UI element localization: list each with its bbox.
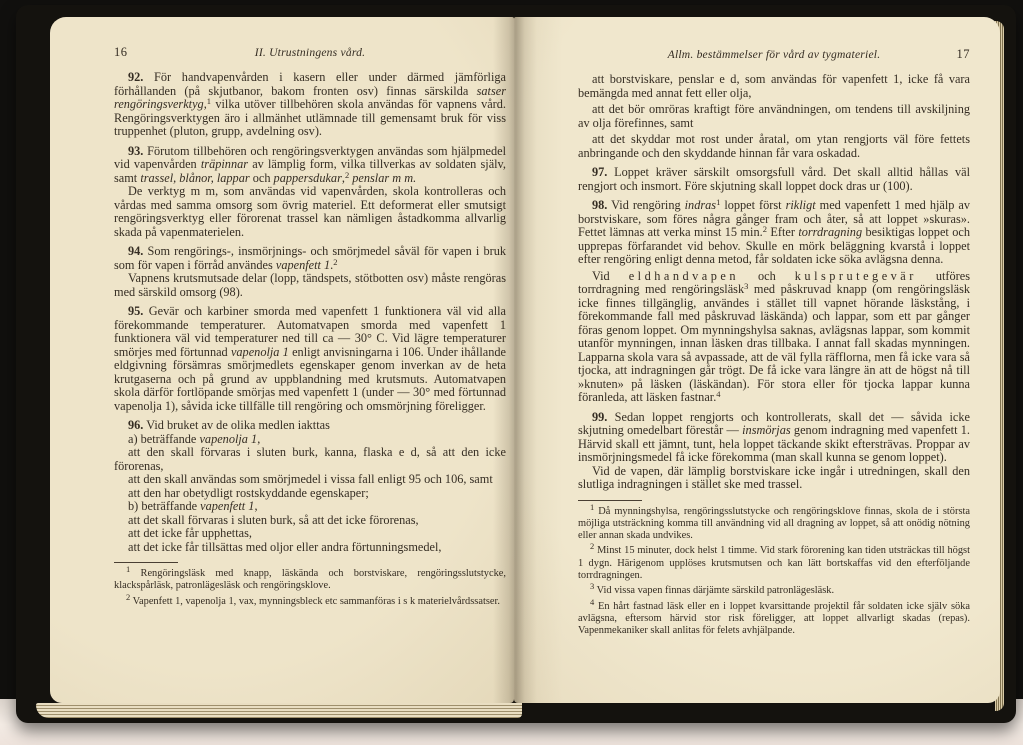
running-title-right: Allm. bestämmelser för vård av tygmateri…: [622, 48, 926, 61]
paragraph: att den skall användas som smörjmedel i …: [114, 473, 506, 487]
page-body-left: 92. För handvapenvården i kasern eller u…: [114, 71, 506, 554]
open-book: 16 II. Utrustningens vård. 92. För handv…: [16, 5, 1016, 723]
footnote-rule-left: [114, 562, 178, 563]
paragraph: 93. Förutom tillbehören och rengöringsve…: [114, 145, 506, 186]
text-run: penslar: [352, 171, 389, 185]
text-run: träpinnar: [201, 157, 248, 171]
page-number-right: 17: [926, 47, 970, 62]
paragraph: 2 Minst 15 minuter, dock helst 1 timme. …: [578, 545, 970, 582]
text-run: b) beträffande: [128, 499, 200, 513]
text-run: Vapnens krutsmutsade delar (lopp, tändsp…: [114, 271, 506, 299]
paragraph: att den har obetydligt rostskyddande ege…: [114, 487, 506, 501]
text-run: Loppet kräver särskilt omsorgsfull vård.…: [578, 165, 970, 193]
running-head-left: 16 II. Utrustningens vård.: [114, 45, 506, 60]
running-title-left: II. Utrustningens vård.: [158, 46, 462, 59]
text-run: att den har obetydligt rostskyddande ege…: [128, 486, 369, 500]
text-run: att borstviskare, penslar e d, som använ…: [578, 72, 970, 100]
text-run: 93.: [128, 144, 143, 158]
text-run: insmörjas: [742, 423, 791, 437]
text-run: Efter: [767, 225, 798, 239]
paragraph: De verktyg m m, som användas vid vapenvå…: [114, 185, 506, 239]
text-run: vapenfett 1: [200, 499, 254, 513]
paragraph: 4 En hårt fastnad läsk eller en i loppet…: [578, 601, 970, 638]
paragraph: 99. Sedan loppet rengjorts och kontrolle…: [578, 411, 970, 465]
text-run: För handvapenvården i kasern eller under…: [114, 70, 506, 98]
text-run: vapenolja 1: [231, 345, 289, 359]
running-head-right: Allm. bestämmelser för vård av tygmateri…: [578, 47, 970, 62]
text-run: De verktyg m m, som användas vid vapenvå…: [114, 184, 506, 239]
text-run: 94.: [128, 244, 143, 258]
paragraph: 3 Vid vissa vapen finnas därjämte särski…: [578, 585, 970, 597]
text-run: En hårt fastnad läsk eller en i loppet k…: [578, 601, 970, 637]
text-run: ,: [254, 499, 257, 513]
footnote-marker: 4: [716, 389, 720, 399]
paragraph: att det icke får tillsättas med oljor el…: [114, 541, 506, 555]
paragraph: att det skall förvaras i sluten burk, så…: [114, 514, 506, 528]
text-run: m m.: [392, 171, 416, 185]
page-right: Allm. bestämmelser för vård av tygmateri…: [514, 17, 1000, 703]
page-left: 16 II. Utrustningens vård. 92. För handv…: [50, 17, 514, 703]
text-run: loppet först: [720, 198, 785, 212]
text-run: vapenolja 1: [199, 432, 257, 446]
paragraph: b) beträffande vapenfett 1,: [114, 500, 506, 514]
paragraph: 1 Rengöringsläsk med knapp, läskända och…: [114, 568, 506, 593]
footnotes-left: 1 Rengöringsläsk med knapp, läskända och…: [114, 568, 506, 608]
text-run: Rengöringsläsk med knapp, läskända och b…: [114, 568, 506, 591]
paragraph: 98. Vid rengöring indras1 loppet först r…: [578, 199, 970, 267]
text-column-left: 16 II. Utrustningens vård. 92. För handv…: [114, 45, 506, 608]
text-run: 96.: [128, 418, 143, 432]
text-run: att den skall användas som smörjmedel i …: [128, 472, 493, 486]
text-run: Vid de vapen, där lämplig borstviskare i…: [578, 464, 970, 492]
footnote-marker: 2: [333, 257, 337, 267]
text-run: torrdragning: [798, 225, 862, 239]
paragraph: 2 Vapenfett 1, vapenolja 1, vax, mynning…: [114, 596, 506, 608]
text-run: Vid vissa vapen finnas därjämte särskild…: [594, 585, 834, 596]
text-run: att det icke får upphettas,: [128, 526, 252, 540]
text-run: 95.: [128, 304, 143, 318]
page-number-left: 16: [114, 45, 158, 60]
text-run: vapenfett 1: [276, 258, 330, 272]
page-body-right: att borstviskare, penslar e d, som använ…: [578, 73, 970, 492]
text-run: a) beträffande: [128, 432, 199, 446]
text-run: att det bör omröras kraftigt före använd…: [578, 102, 970, 130]
paragraph: 94. Som rengörings-, insmörjnings- och s…: [114, 245, 506, 272]
text-run: Vid rengöring: [607, 198, 684, 212]
paragraph: 97. Loppet kräver särskilt omsorgsfull v…: [578, 166, 970, 193]
page-edges-bottom-left: [36, 703, 522, 718]
paragraph: att det skyddar mot rost under åratal, o…: [578, 133, 970, 160]
paragraph: 92. För handvapenvården i kasern eller u…: [114, 71, 506, 139]
text-run: och: [250, 171, 274, 185]
text-run: att det skall förvaras i sluten burk, så…: [128, 513, 419, 527]
text-run: Vid: [592, 269, 629, 283]
text-run: ,: [257, 432, 260, 446]
footnotes-right: 1 Då mynningshylsa, rengöringsslutstycke…: [578, 506, 970, 638]
text-run: 99.: [592, 410, 607, 424]
paragraph: 96. Vid bruket av de olika medlen iaktta…: [114, 419, 506, 433]
paragraph: att det bör omröras kraftigt före använd…: [578, 103, 970, 130]
paragraph: a) beträffande vapenolja 1,: [114, 433, 506, 447]
text-run: indras: [685, 198, 716, 212]
text-run: kulsprutegevär: [795, 269, 917, 283]
paragraph: 95. Gevär och karbiner smorda med vapenf…: [114, 305, 506, 413]
text-run: eldhandvapen: [629, 269, 739, 283]
text-run: trassel, blånor, lappar: [140, 171, 249, 185]
footnote-rule-right: [578, 500, 642, 501]
text-run: pappersdukar: [274, 171, 342, 185]
text-run: Vid bruket av de olika medlen iakttas: [143, 418, 330, 432]
text-run: Vapenfett 1, vapenolja 1, vax, mynningsb…: [130, 596, 500, 607]
paragraph: att borstviskare, penslar e d, som använ…: [578, 73, 970, 100]
text-run: med påskruvad knapp (om rengöringsläsk i…: [578, 282, 970, 404]
paragraph: att det icke får upphettas,: [114, 527, 506, 541]
text-run: 97.: [592, 165, 607, 179]
paragraph: Vapnens krutsmutsade delar (lopp, tändsp…: [114, 272, 506, 299]
text-run: att det icke får tillsättas med oljor el…: [128, 540, 441, 554]
text-run: att det skyddar mot rost under åratal, o…: [578, 132, 970, 160]
text-run: rikligt: [786, 198, 816, 212]
text-run: 92.: [128, 70, 143, 84]
paragraph: Vid eldhandvapen och kulsprutegevär utfö…: [578, 270, 970, 405]
text-run: Då mynningshylsa, rengöringsslutstycke o…: [578, 506, 970, 542]
text-column-right: Allm. bestämmelser för vård av tygmateri…: [578, 47, 970, 637]
paragraph: att den skall förvaras i sluten burk, ka…: [114, 446, 506, 473]
text-run: att den skall förvaras i sluten burk, ka…: [114, 445, 506, 473]
text-run: Minst 15 minuter, dock helst 1 timme. Vi…: [578, 545, 970, 581]
text-run: 98.: [592, 198, 607, 212]
paragraph: 1 Då mynningshylsa, rengöringsslutstycke…: [578, 506, 970, 543]
paragraph: Vid de vapen, där lämplig borstviskare i…: [578, 465, 970, 492]
